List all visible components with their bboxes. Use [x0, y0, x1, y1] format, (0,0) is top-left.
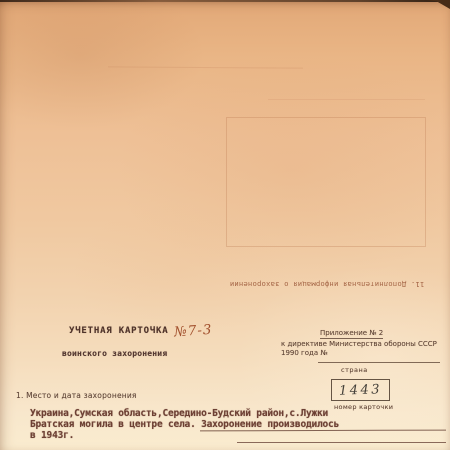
- bleedthrough-line: [108, 66, 303, 68]
- form-underline: [200, 430, 446, 432]
- photo-top-edge-shadow: [0, 0, 450, 2]
- bleedthrough-section11-text: 11. Дополнительная информация о захороне…: [228, 280, 426, 289]
- burial-location-line3: в 1943г.: [30, 430, 74, 441]
- card-title: УЧЕТНАЯ КАРТОЧКА №7-3: [69, 326, 212, 336]
- bleedthrough-line: [268, 99, 425, 100]
- card-number-box: 1443: [331, 379, 390, 401]
- card-subtitle: воинского захоронения: [62, 349, 167, 358]
- burial-location-line2: Братская могила в центре села. Захоронен…: [30, 419, 339, 430]
- section1-label: 1. Место и дата захоронения: [16, 391, 137, 400]
- country-label: страна: [341, 366, 368, 374]
- card-number-value-handwritten: 1443: [339, 382, 383, 398]
- card-number-handwritten: №7-3: [173, 325, 212, 338]
- bleedthrough-table-outline: [226, 117, 426, 247]
- appendix-number: Приложение № 2: [320, 329, 383, 339]
- appendix-divider-line: [318, 362, 440, 363]
- burial-location-line1: Украина,Сумская область,Середино-Будский…: [30, 408, 328, 419]
- appendix-year: 1990 года №: [281, 349, 328, 357]
- card-number-label: номер карточки: [334, 403, 393, 411]
- appendix-directive: к директиве Министерства обороны СССР: [281, 340, 437, 348]
- form-underline: [237, 442, 446, 443]
- scanned-burial-card: 11. Дополнительная информация о захороне…: [0, 0, 450, 450]
- card-title-text: УЧЕТНАЯ КАРТОЧКА: [69, 326, 169, 336]
